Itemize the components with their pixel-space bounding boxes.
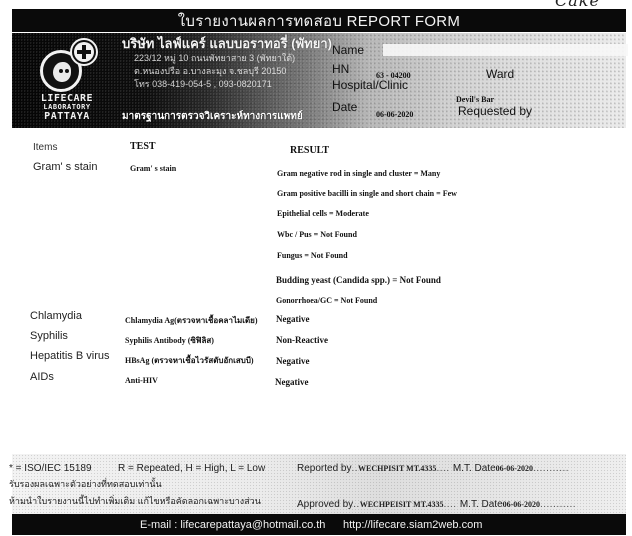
gram-result-5: Fungus = Not Found [277, 251, 348, 260]
item-gram-stain: Gram' s stain [33, 161, 97, 173]
copy-restriction-note: ห้ามนำใบรายงานนี้ไปทำเพิ่มเติม แก้ไขหรือ… [9, 494, 261, 508]
item-aids: AIDs [30, 371, 54, 383]
contact-website: http://lifecare.siam2web.com [343, 519, 482, 531]
test-hepatitis-b: HBsAg (ตรวจหาเชื้อไวรัสตับอักเสบบี) [125, 354, 254, 367]
item-syphilis: Syphilis [30, 330, 68, 342]
gram-result-7: Gonorrhoea/GC = Not Found [276, 296, 377, 305]
date-label: Date [332, 100, 357, 114]
gram-result-6: Budding yeast (Candida spp.) = Not Found [276, 275, 441, 285]
approved-by-value: WECHPEISIT MT.4335 [360, 500, 444, 509]
item-chlamydia: Chlamydia [30, 310, 82, 322]
ward-label: Ward [486, 67, 514, 81]
approved-date-value: 06-06-2020 [503, 500, 540, 509]
approved-by-line: Approved by..WECHPEISIT MT.4335.... M.T.… [297, 499, 576, 510]
gram-result-3: Epithelial cells = Moderate [277, 209, 369, 218]
report-title-bar: ใบรายงานผลการทดสอบ REPORT FORM [12, 9, 626, 32]
lab-address-1: 223/12 หมู่ 10 ถนนพัทยาสาย 3 (พัทยาใต้) [122, 52, 332, 65]
lab-name: บริษัท ไลฟ์แคร์ แลบบอราทอรี่ (พัทยา) [122, 35, 332, 52]
lab-standard: มาตรฐานการตรวจวิเคราะห์ทางการแพทย์ [122, 109, 303, 124]
gram-result-4: Wbc / Pus = Not Found [277, 230, 357, 239]
name-label: Name [332, 43, 364, 57]
gram-result-2: Gram positive bacilli in single and shor… [277, 189, 457, 198]
column-test: TEST [130, 141, 156, 152]
result-hepatitis-b: Negative [276, 356, 310, 366]
test-syphilis: Syphilis Antibody (ซิฟิลิส) [125, 334, 214, 347]
patient-info: Name HN 63 - 04200 Ward Hospital/Clinic … [330, 42, 626, 126]
contact-bar: E-mail : lifecarepattaya@hotmail.co.th h… [12, 514, 626, 535]
iso-note: * = ISO/IEC 15189 [9, 463, 92, 474]
reported-by-label: Reported by [297, 463, 351, 474]
hospital-value: Devil's Bar [456, 95, 494, 104]
hn-label: HN [332, 62, 349, 76]
lab-info: บริษัท ไลฟ์แคร์ แลบบอราทอรี่ (พัทยา) 223… [122, 35, 332, 91]
logo-face-icon [53, 62, 71, 82]
approved-mt-date-label: M.T. Date [460, 499, 503, 510]
medical-cross-icon [70, 38, 98, 66]
result-syphilis: Non-Reactive [276, 335, 328, 345]
result-aids: Negative [275, 377, 309, 387]
test-gram-stain: Gram' s stain [130, 164, 176, 173]
reported-by-value: WECHPISIT MT.4335 [358, 464, 436, 473]
lab-phone: โทร 038-419-054-5 , 093-0820171 [122, 78, 332, 91]
approved-by-label: Approved by [297, 499, 353, 510]
gram-result-1: Gram negative rod in single and cluster … [277, 169, 440, 178]
certification-note: รับรองผลเฉพาะตัวอย่างที่ทดสอบเท่านั้น [9, 477, 162, 491]
reported-mt-date-label: M.T. Date [453, 463, 496, 474]
requested-by-label: Requested by [458, 104, 532, 118]
date-value: 06-06-2020 [376, 110, 413, 119]
lab-address-2: ต.หนองปรือ อ.บางละมุง จ.ชลบุรี 20150 [122, 65, 332, 78]
lifecare-logo: LIFECARE LABORATORY PATTAYA [32, 36, 106, 126]
test-aids: Anti-HIV [125, 376, 158, 385]
result-chlamydia: Negative [276, 314, 310, 324]
reported-date-value: 06-06-2020 [496, 464, 533, 473]
test-chlamydia: Chlamydia Ag(ตรวจหาเชื้อคลาไมเดีย) [125, 314, 258, 327]
logo-text: LIFECARE LABORATORY PATTAYA [32, 94, 102, 121]
item-hepatitis-b: Hepatitis B virus [30, 350, 109, 362]
flag-legend: R = Repeated, H = High, L = Low [118, 463, 265, 474]
lab-header: LIFECARE LABORATORY PATTAYA บริษัท ไลฟ์แ… [12, 33, 626, 128]
report-title: ใบรายงานผลการทดสอบ REPORT FORM [178, 9, 460, 33]
reported-by-line: Reported by..WECHPISIT MT.4335.... M.T. … [297, 463, 569, 474]
column-items: Items [33, 142, 57, 153]
column-result: RESULT [290, 145, 329, 156]
name-value-box [383, 44, 628, 56]
hospital-label: Hospital/Clinic [332, 78, 408, 92]
contact-email: E-mail : lifecarepattaya@hotmail.co.th [140, 519, 325, 531]
